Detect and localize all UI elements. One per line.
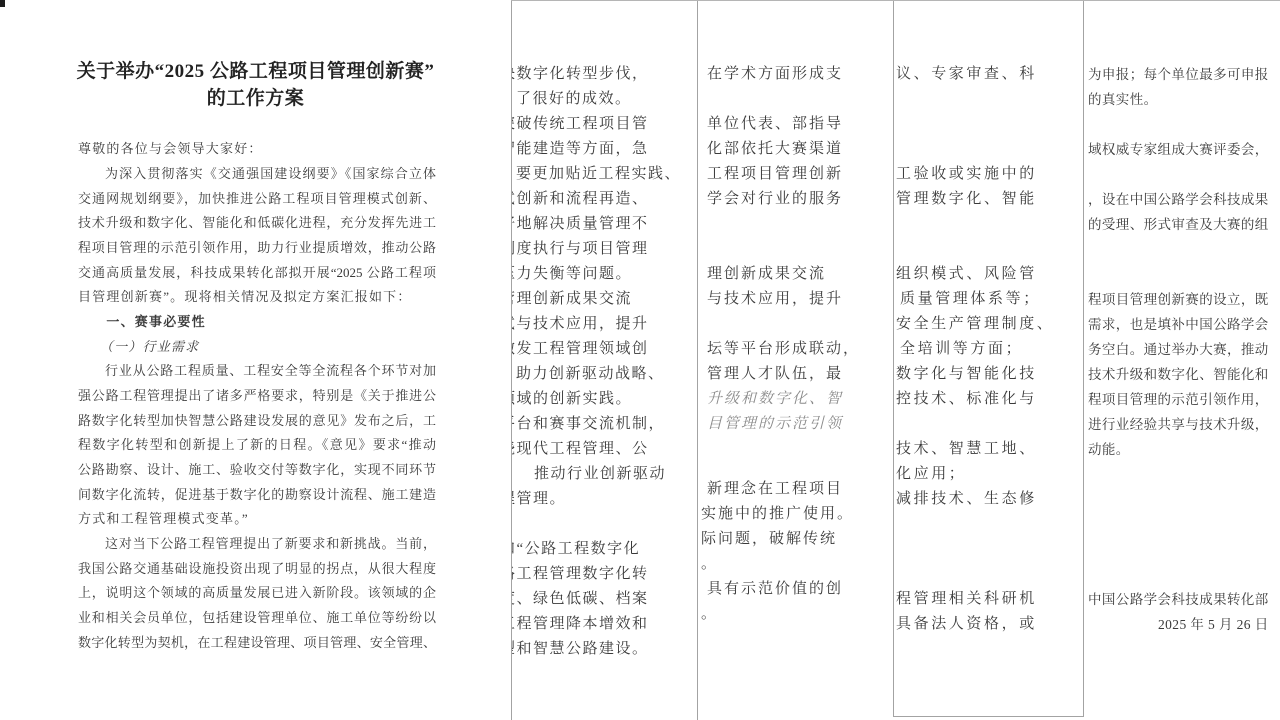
text-line: 程管理相关科研机 bbox=[896, 589, 1037, 610]
text-line: 交通网规划纲要》，加快推进公路工程项目管理模式创新、 bbox=[78, 189, 436, 209]
text-line: 在学术方面形成支 bbox=[707, 64, 843, 85]
text-line: 具有示范价值的创 bbox=[707, 579, 843, 600]
text-line: 为深入贯彻落实《交通强国建设纲要》《国家综合立体 bbox=[78, 164, 436, 184]
text-line: 一、赛事必要性 bbox=[78, 312, 436, 332]
text-line: 单位代表、部指导 bbox=[707, 114, 843, 135]
text-line: 领域的创新实践。 bbox=[512, 389, 632, 410]
text-line: 平台和赛事交流机制， bbox=[512, 414, 665, 435]
page-strip-5: 为申报；每个单位最多可申报的真实性。域权威专家组成大赛评委会，，设在中国公路学会… bbox=[1084, 0, 1280, 720]
text-line: 质量管理体系等； bbox=[900, 289, 1041, 310]
page-border-vertical-1 bbox=[511, 0, 512, 720]
text-line: 工程项目管理创新 bbox=[707, 164, 843, 185]
text-line: 式创新和流程再造、 bbox=[512, 189, 649, 210]
text-line: 工程管理降本增效和 bbox=[512, 614, 649, 635]
page-strip-4: 议、专家审查、科工验收或实施中的管理数字化、智能组织模式、风险管质量管理体系等；… bbox=[894, 0, 1083, 716]
text-line: 工验收或实施中的 bbox=[896, 164, 1037, 185]
page-border-vertical-3 bbox=[893, 0, 894, 717]
text-line: 激发工程管理领域创 bbox=[512, 339, 649, 360]
text-line: 间数字化流转，促进基于数字化的勘察设计流程、施工建造 bbox=[78, 485, 436, 505]
text-line: 公路勘察、设计、施工、验收交付等数字化，实现不同环节 bbox=[78, 460, 436, 480]
text-line: 的真实性。 bbox=[1088, 89, 1158, 110]
text-line: 业和相关会员单位，包括建设管理单位、施工单位等纷纷以 bbox=[78, 608, 436, 628]
page-border-top bbox=[511, 0, 1280, 1]
text-line: 制度执行与项目管理 bbox=[512, 239, 649, 260]
text-line: 全培训等方面； bbox=[900, 339, 1023, 360]
text-line: 安全生产管理制度、 bbox=[896, 314, 1054, 335]
text-line: 为申报；每个单位最多可申报 bbox=[1088, 64, 1269, 85]
text-line: 上，说明这个领域的高质量发展已进入新阶段。该领域的企 bbox=[78, 583, 436, 603]
text-line: 数字化与智能化技 bbox=[896, 364, 1037, 385]
text-line: 路数字化转型加快智慧公路建设发展的意见》发布之后，工 bbox=[78, 411, 436, 431]
text-line: 度、绿色低碳、档案 bbox=[512, 589, 649, 610]
text-line: 控技术、标准化与 bbox=[896, 389, 1037, 410]
text-line: 实施中的推广使用。 bbox=[701, 504, 854, 525]
text-line: 目管理创新赛”。现将相关情况及拟定方案汇报如下： bbox=[78, 287, 436, 307]
document-page-1: 关于举办“2025 公路工程项目管理创新赛” 的工作方案 尊敬的各位与会领导大家… bbox=[0, 0, 511, 720]
text-line: 管理数字化、智能 bbox=[896, 189, 1037, 210]
text-line: 程项目管理的示范引领作用，助力行业提质增效，推动公路 bbox=[78, 238, 436, 258]
text-line: 程管理。 bbox=[512, 489, 566, 510]
text-line: 的受理、形式审查及大赛的组 bbox=[1088, 214, 1269, 235]
text-line: 需求，也是填补中国公路学会 bbox=[1088, 314, 1269, 335]
text-line: 理创新成果交流 bbox=[707, 264, 826, 285]
text-line: 化应用； bbox=[896, 464, 966, 485]
text-line: 2025 年 5 月 26 日 bbox=[1158, 614, 1269, 635]
text-line: 路工程管理数字化转 bbox=[512, 564, 649, 585]
text-line: 际问题，破解传统 bbox=[701, 529, 837, 550]
text-line: 。 bbox=[701, 604, 718, 625]
text-line: 和“公路工程数字化 bbox=[512, 539, 640, 560]
text-line: 智能建造等方面，急 bbox=[512, 139, 649, 160]
text-line: 我国公路交通基础设施投资出现了明显的拐点，从很大程度 bbox=[78, 559, 436, 579]
text-line: 减排技术、生态修 bbox=[896, 489, 1037, 510]
document-title: 关于举办“2025 公路工程项目管理创新赛” 的工作方案 bbox=[0, 58, 511, 112]
page-4-bottom-border bbox=[893, 716, 1083, 717]
text-line: 组织模式、风险管 bbox=[896, 264, 1037, 285]
text-line: 要更加贴近工程实践、 bbox=[516, 164, 681, 185]
text-line: 化部依托大赛渠道 bbox=[707, 139, 843, 160]
text-line: 与技术应用，提升 bbox=[707, 289, 843, 310]
text-line: 快数字化转型步伐， bbox=[512, 64, 649, 85]
text-line: 中国公路学会科技成果转化部 bbox=[1088, 589, 1269, 610]
text-line: 推动行业创新驱动 bbox=[534, 464, 666, 485]
text-line: 交通高质量发展，科技成果转化部拟开展“2025 公路工程项 bbox=[78, 263, 436, 283]
text-line: 助力创新驱动战略、 bbox=[516, 364, 665, 385]
text-line: 技术升级和数字化、智能化和 bbox=[1088, 364, 1269, 385]
text-line: 动能。 bbox=[1088, 439, 1130, 460]
text-line: 型和智慧公路建设。 bbox=[512, 639, 649, 660]
text-line: 管理创新成果交流 bbox=[512, 289, 632, 310]
text-line: 学会对行业的服务 bbox=[707, 189, 843, 210]
text-line: 程数字化转型和创新提上了新的日程。《意见》要求“推动 bbox=[78, 435, 436, 455]
text-line: 突破传统工程项目管 bbox=[512, 114, 649, 135]
text-line: 议、专家审查、科 bbox=[896, 64, 1037, 85]
text-line: 务空白。通过举办大赛，推动 bbox=[1088, 339, 1269, 360]
document-title-line-1: 关于举办“2025 公路工程项目管理创新赛” bbox=[0, 58, 511, 85]
text-line: 目管理的示范引领 bbox=[707, 414, 843, 435]
text-line: 行业从公路工程质量、工程安全等全流程各个环节对加 bbox=[78, 361, 436, 381]
text-line: 技术升级和数字化、智能化和低碳化进程，充分发挥先进工 bbox=[78, 213, 436, 233]
text-line: 新理念在工程项目 bbox=[707, 479, 843, 500]
screen-corner-artifact bbox=[0, 0, 5, 7]
text-line: 强公路工程管理提出了诸多严格要求，特别是《关于推进公 bbox=[78, 386, 436, 406]
text-line: 方式和工程管理模式变革。” bbox=[78, 509, 436, 529]
text-line: 了很好的成效。 bbox=[516, 89, 632, 110]
text-line: 升级和数字化、智 bbox=[707, 389, 843, 410]
text-line: 具备法人资格，或 bbox=[896, 614, 1037, 635]
text-line: 技术、智慧工地、 bbox=[896, 439, 1037, 460]
text-line: 压力失衡等问题。 bbox=[512, 264, 632, 285]
text-line: 进行业经验共享与技术升级， bbox=[1088, 414, 1269, 435]
page-border-vertical-2 bbox=[697, 0, 698, 720]
page-border-vertical-4 bbox=[1083, 0, 1084, 717]
text-line: 尊敬的各位与会领导大家好： bbox=[78, 139, 436, 159]
text-line: 绕现代工程管理、公 bbox=[512, 439, 649, 460]
text-line: 这对当下公路工程管理提出了新要求和新挑战。当前， bbox=[78, 534, 436, 554]
text-line: 好地解决质量管理不 bbox=[512, 214, 649, 235]
text-line: 。 bbox=[701, 554, 718, 575]
text-line: 坛等平台形成联动， bbox=[707, 339, 860, 360]
document-viewer: 关于举办“2025 公路工程项目管理创新赛” 的工作方案 尊敬的各位与会领导大家… bbox=[0, 0, 1280, 720]
page-strip-2: 快数字化转型步伐，了很好的成效。突破传统工程项目管智能建造等方面，急要更加贴近工… bbox=[512, 0, 697, 720]
text-line: 域权威专家组成大赛评委会， bbox=[1088, 139, 1269, 160]
page-strip-3: 在学术方面形成支单位代表、部指导化部依托大赛渠道工程项目管理创新学会对行业的服务… bbox=[698, 0, 893, 716]
text-line: 式与技术应用，提升 bbox=[512, 314, 649, 335]
text-line: 程项目管理创新赛的设立，既 bbox=[1088, 289, 1269, 310]
text-line: （一）行业需求 bbox=[78, 337, 436, 357]
document-title-line-2: 的工作方案 bbox=[0, 85, 511, 112]
text-line: 数字化转型为契机，在工程建设管理、项目管理、安全管理、 bbox=[78, 633, 436, 653]
text-line: ，设在中国公路学会科技成果 bbox=[1088, 189, 1269, 210]
text-line: 管理人才队伍，最 bbox=[707, 364, 843, 385]
text-line: 程项目管理的示范引领作用， bbox=[1088, 389, 1269, 410]
